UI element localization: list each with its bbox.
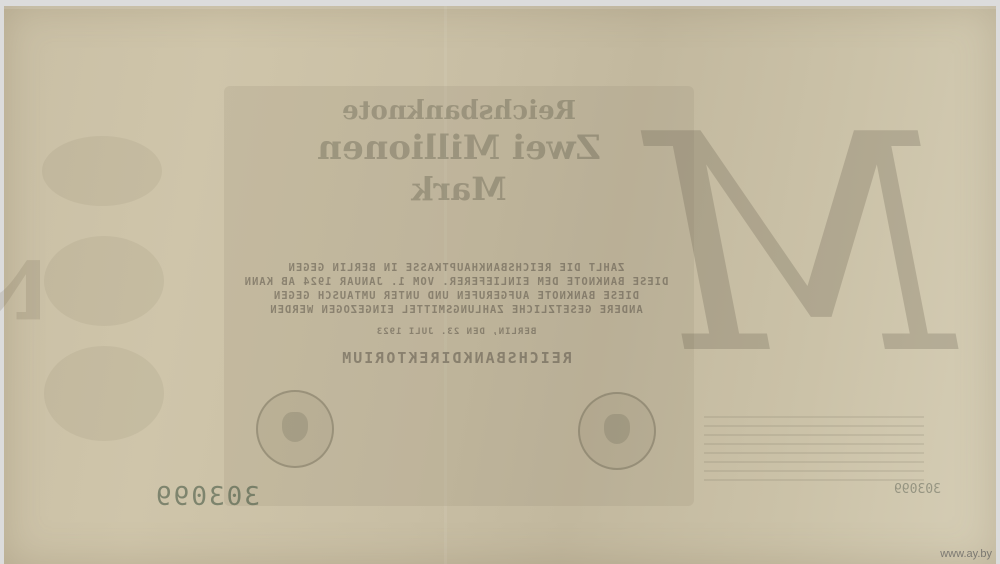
left-oval-top bbox=[42, 136, 162, 206]
issuer: REICHSBANKDIREKTORIUM bbox=[236, 351, 676, 365]
title-line-3: Mark bbox=[229, 170, 689, 208]
date-line: BERLIN, DEN 23. JULI 1923 bbox=[236, 325, 676, 339]
fine-print bbox=[704, 416, 924, 486]
seal-left-icon bbox=[256, 390, 334, 468]
left-oval-bottom bbox=[44, 346, 164, 441]
legal-line-1: ZAHLT DIE REICHSBANKHAUPTKASSE IN BERLIN… bbox=[236, 261, 676, 275]
seal-right-icon bbox=[578, 392, 656, 470]
banknote: 2 Reichsbanknote Zwei Millionen Mark ZAH… bbox=[4, 6, 996, 564]
legal-line-3: DIESE BANKNOTE AUFGERUFEN UND UNTER UMTA… bbox=[236, 289, 676, 303]
serial-number-right: 303099 bbox=[894, 482, 941, 497]
title-line-2: Zwei Millionen bbox=[229, 128, 689, 168]
serial-number: 303099 bbox=[154, 482, 260, 512]
title-line-1: Reichsbanknote bbox=[229, 96, 689, 126]
watermark: www.ay.by bbox=[940, 548, 992, 560]
top-edge bbox=[4, 6, 996, 9]
ornamental-letter: M bbox=[694, 86, 954, 416]
legal-text: ZAHLT DIE REICHSBANKHAUPTKASSE IN BERLIN… bbox=[236, 261, 676, 365]
legal-line-2: DIESE BANKNOTE DEM EINLIEFERER. VOM 1. J… bbox=[236, 275, 676, 289]
note-title: Reichsbanknote Zwei Millionen Mark bbox=[229, 96, 689, 208]
legal-line-4: ANDERE GESETZLICHE ZAHLUNGSMITTEL EINGEZ… bbox=[236, 303, 676, 317]
